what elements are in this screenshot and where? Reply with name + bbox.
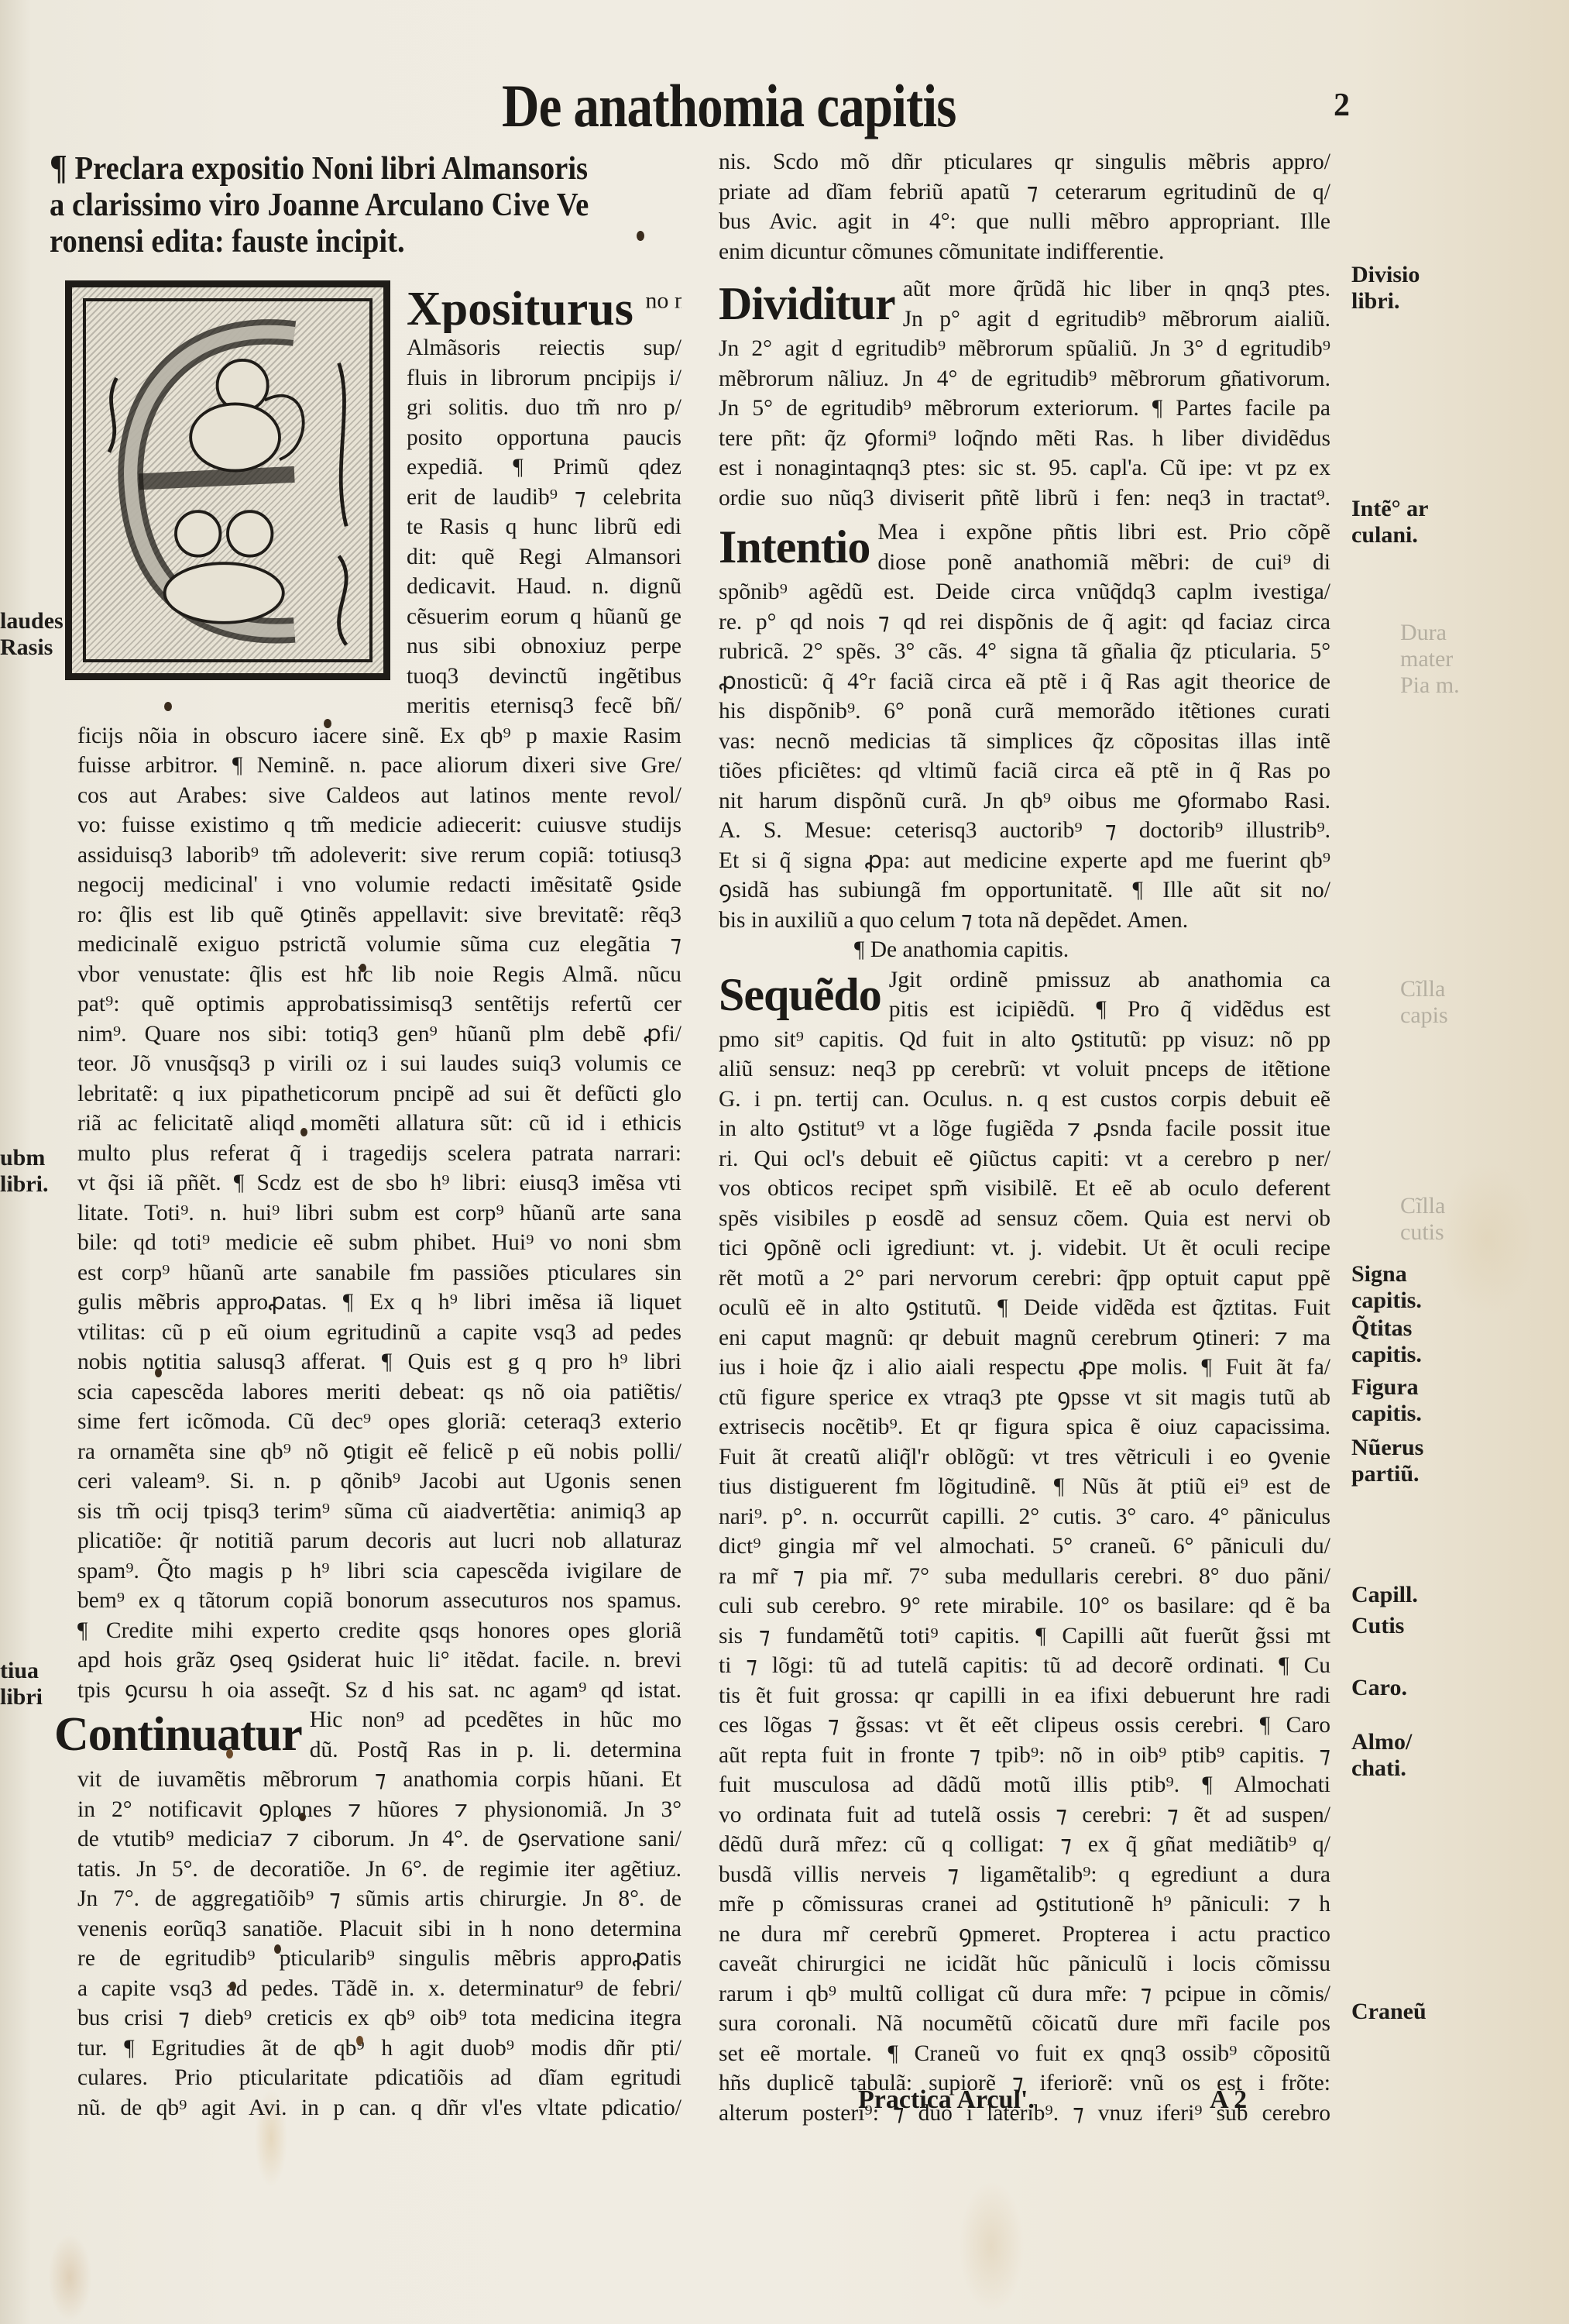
- wormhole: [155, 1368, 162, 1377]
- marginal-note-laudes-rasis: laudes Rasis: [0, 608, 64, 661]
- running-title: De anathomia capitis: [502, 76, 956, 136]
- continuatur-section: Continuatur Hic non⁹ ad pcedẽtes in hũc …: [54, 1705, 682, 2123]
- marginal-note-figura-capitis: Figura capitis.: [1351, 1374, 1422, 1427]
- wormhole: [637, 231, 644, 241]
- bleedthrough-note: Cĩlla cutis: [1400, 1193, 1445, 1246]
- marginal-note-craneum: Craneũ: [1351, 1999, 1427, 2025]
- incipit-line: a clarissimo viro Joanne Arculano Cive V…: [50, 187, 633, 224]
- wormhole: [324, 719, 331, 728]
- sequendo-section: Sequẽdo Jgit ordinẽ pmissuz ab anathomia…: [719, 965, 1330, 2129]
- marginal-note-intentio-arculani: Intẽ° ar culani.: [1351, 496, 1428, 548]
- wormhole: [226, 1749, 233, 1758]
- wormhole: [356, 2036, 363, 2045]
- incipit-line: ronensi edita: fauste incipit.: [50, 224, 633, 260]
- marginal-note-almochati: Almo/ chati.: [1351, 1729, 1412, 1782]
- display-word-intentio: Intentio: [719, 517, 870, 577]
- wormhole: [274, 1944, 281, 1954]
- folio-number: 2: [1334, 87, 1350, 124]
- intentio-section: Intentio Mea i expõne pñtis libri est. P…: [719, 517, 1330, 935]
- incipit-line: ¶ Preclara expositio Noni libri Almansor…: [50, 149, 633, 187]
- dividitur-section: Dividitur aũt more q̃rũdã hic liber in q…: [719, 274, 1330, 513]
- incipit: ¶ Preclara expositio Noni libri Almansor…: [50, 149, 633, 260]
- text-beside-initial: Xpositurus no nũ Almãsoris reiectis sup/…: [407, 285, 682, 721]
- wormhole: [164, 702, 172, 711]
- display-word-continuatur: Continuatur: [54, 1705, 302, 1765]
- book-page: De anathomia capitis 2 ¶ Preclara exposi…: [0, 0, 1569, 2324]
- left-column: Xpositurus no nũ Almãsoris reiectis sup/…: [77, 285, 682, 2123]
- signature-mark: A 2: [1210, 2085, 1247, 2115]
- display-word-sequendo: Sequẽdo: [719, 965, 881, 1025]
- marginal-note-divisio-libri: Divisio libri.: [1351, 262, 1420, 315]
- marginal-note-caro: Caro.: [1351, 1675, 1407, 1701]
- marginal-note-cutis: Cutis: [1351, 1613, 1404, 1639]
- bleedthrough-note: Cĩlla capis: [1400, 976, 1448, 1029]
- wormhole: [300, 1128, 307, 1136]
- marginal-note-signa-capitis: Signa capitis.: [1351, 1261, 1422, 1314]
- marginal-note-quantitas-capitis: Q̃titas capitis.: [1351, 1315, 1422, 1368]
- bleedthrough-note: Dura mater Pia m.: [1400, 620, 1460, 699]
- right-column: nis. Scdo mõ dñr pticulares qr singulis …: [719, 147, 1330, 2128]
- display-word-xpositurus: Xpositurus no nũ: [407, 285, 682, 333]
- paragraph-mark-icon: ¶: [50, 147, 67, 187]
- wormhole: [299, 1813, 306, 1821]
- wormhole: [359, 964, 366, 972]
- marginal-note-subm-libri: ubm libri.: [0, 1145, 49, 1198]
- wormhole: [229, 1982, 236, 1991]
- marginal-note-continuatiua-libri: tiua libri: [0, 1658, 43, 1710]
- section-heading: ¶ De anathomia capitis.: [854, 935, 1330, 965]
- catchword: Practica Arcul'.: [858, 2085, 1035, 2115]
- text-block: ficijs nõia in obscuro iacere sinẽ. Ex q…: [77, 721, 682, 1706]
- display-word-dividitur: Dividitur: [719, 274, 895, 334]
- marginal-note-capilli: Capill.: [1351, 1582, 1418, 1608]
- marginal-note-numerus-partium: Nũerus partiũ.: [1351, 1435, 1423, 1487]
